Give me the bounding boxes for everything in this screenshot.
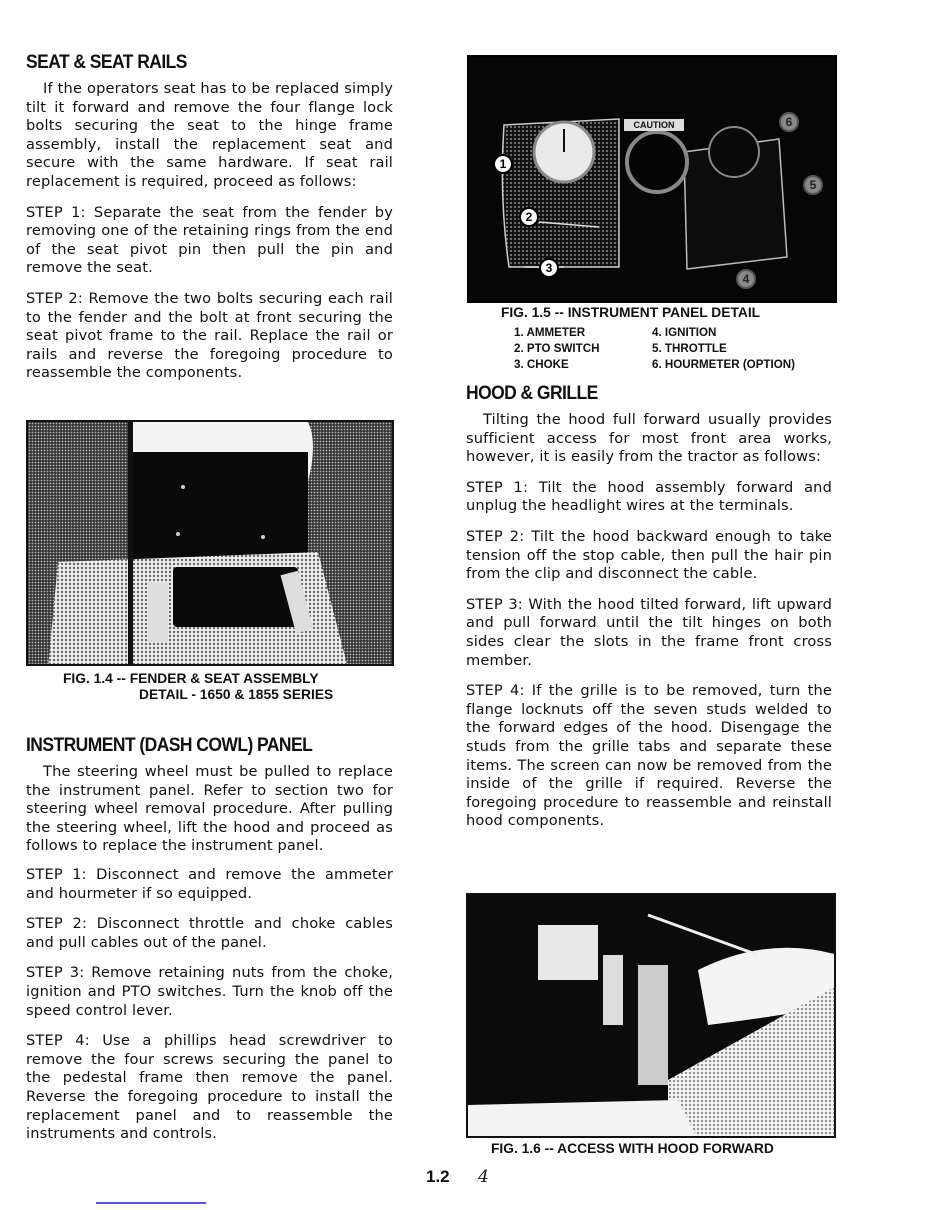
instrument-section-heading: INSTRUMENT (DASH COWL) PANEL <box>26 735 364 757</box>
seat-step-1: STEP 1: Separate the seat from the fende… <box>26 204 393 278</box>
hood-step-1: STEP 1: Tilt the hood assembly forward a… <box>466 479 832 516</box>
instrument-step-4: STEP 4: Use a phillips head screwdriver … <box>26 1032 393 1144</box>
fig-1-5-caption: FIG. 1.5 -- INSTRUMENT PANEL DETAIL <box>501 304 760 321</box>
instrument-section: INSTRUMENT (DASH COWL) PANEL The steerin… <box>26 735 393 1144</box>
callout-4: 4 <box>736 269 756 289</box>
hood-step-2: STEP 2: Tilt the hood backward enough to… <box>466 528 832 584</box>
instrument-panel-photo: CAUTION 1 2 3 4 5 6 <box>467 55 837 303</box>
fig-1-6-caption: FIG. 1.6 -- ACCESS WITH HOOD FORWARD <box>491 1140 774 1157</box>
seat-step-2: STEP 2: Remove the two bolts securing ea… <box>26 290 393 383</box>
instrument-step-1: STEP 1: Disconnect and remove the ammete… <box>26 866 393 903</box>
instrument-panel-photo-illustration: CAUTION <box>469 57 837 303</box>
instrument-step-3: STEP 3: Remove retaining nuts from the c… <box>26 964 393 1020</box>
page-number: 1.2 <box>426 1167 450 1187</box>
instrument-intro-paragraph: The steering wheel must be pulled to rep… <box>26 763 393 856</box>
callout-5: 5 <box>803 175 823 195</box>
footer-rule <box>96 1202 206 1204</box>
legend-item-ignition: 4. IGNITION <box>652 325 795 341</box>
callout-6: 6 <box>779 112 799 132</box>
hood-forward-photo <box>466 893 836 1138</box>
hood-intro-paragraph: Tilting the hood full forward usually pr… <box>466 411 832 467</box>
fig-1-4-caption-line1: FIG. 1.4 -- FENDER & SEAT ASSEMBLY <box>63 670 319 687</box>
caution-label: CAUTION <box>634 120 675 130</box>
hood-section-heading: HOOD & GRILLE <box>466 383 803 405</box>
legend-item-choke: 3. CHOKE <box>514 357 599 373</box>
callout-3: 3 <box>539 258 559 278</box>
fender-seat-assembly-photo <box>26 420 394 666</box>
left-column: SEAT & SEAT RAILS If the operators seat … <box>26 52 393 383</box>
legend-item-pto-switch: 2. PTO SWITCH <box>514 341 599 357</box>
hood-step-3: STEP 3: With the hood tilted forward, li… <box>466 596 832 670</box>
hood-section: HOOD & GRILLE Tilting the hood full forw… <box>466 383 832 831</box>
callout-1: 1 <box>493 154 513 174</box>
legend-item-hourmeter: 6. HOURMETER (OPTION) <box>652 357 795 373</box>
hood-step-4: STEP 4: If the grille is to be removed, … <box>466 682 832 831</box>
handwritten-page-mark: 4 <box>478 1167 489 1187</box>
instrument-step-2: STEP 2: Disconnect throttle and choke ca… <box>26 915 393 952</box>
fig-1-4-caption-line2: DETAIL - 1650 & 1855 SERIES <box>139 686 333 703</box>
hood-forward-photo-illustration <box>468 895 836 1138</box>
seat-section-heading: SEAT & SEAT RAILS <box>26 52 364 74</box>
seat-intro-paragraph: If the operators seat has to be replaced… <box>26 80 393 192</box>
callout-2: 2 <box>519 207 539 227</box>
fender-seat-photo-illustration <box>28 422 394 666</box>
legend-item-throttle: 5. THROTTLE <box>652 341 795 357</box>
legend-item-ammeter: 1. AMMETER <box>514 325 599 341</box>
